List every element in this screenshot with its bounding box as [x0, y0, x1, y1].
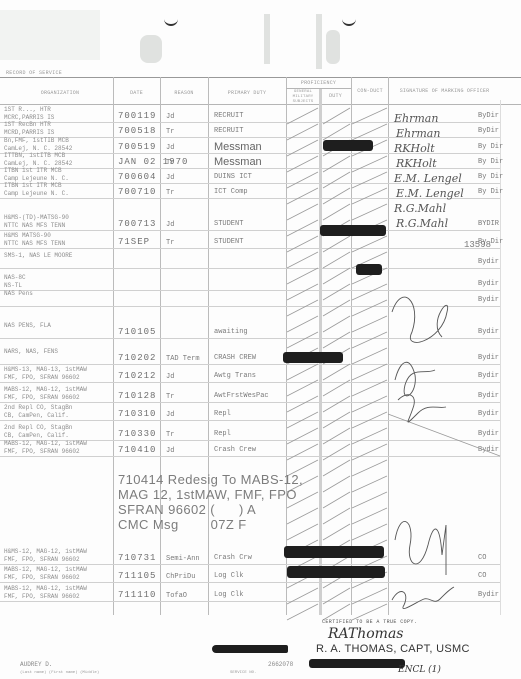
signature-scribbles [0, 0, 521, 679]
scanned-document-page: RECORD OF SERVICE ORGANIZATION DATE REAS… [0, 0, 521, 679]
marking-officer-signature: E.M. Lengel [396, 187, 464, 200]
certification-label: CERTIFIED TO BE A TRUE COPY. [322, 619, 417, 625]
marking-officer-signature: E.M. Lengel [394, 172, 462, 185]
marking-officer-signature: R.G.Mahl [396, 217, 448, 230]
marking-officer-signature: Ehrman [394, 112, 438, 125]
signature-note: 13598 [464, 240, 491, 250]
service-number: 2662078 [268, 661, 293, 668]
marking-officer-signature: RKHolt [396, 157, 437, 170]
member-name: AUDREY D. [20, 661, 52, 668]
member-name-label: (Last name) (First name) (Middle) [20, 671, 99, 675]
enclosure-note: ENCL (1) [398, 665, 441, 675]
service-number-label: SERVICE NO. [230, 671, 256, 675]
certifying-officer-name: R. A. THOMAS, CAPT, USMC [316, 643, 470, 655]
certifying-signature: RAThomas [328, 626, 403, 642]
marking-officer-signature: RKHolt [394, 142, 435, 155]
marking-officer-signature: R.G.Mahl [394, 202, 446, 215]
marking-officer-signature: Ehrman [396, 127, 440, 140]
